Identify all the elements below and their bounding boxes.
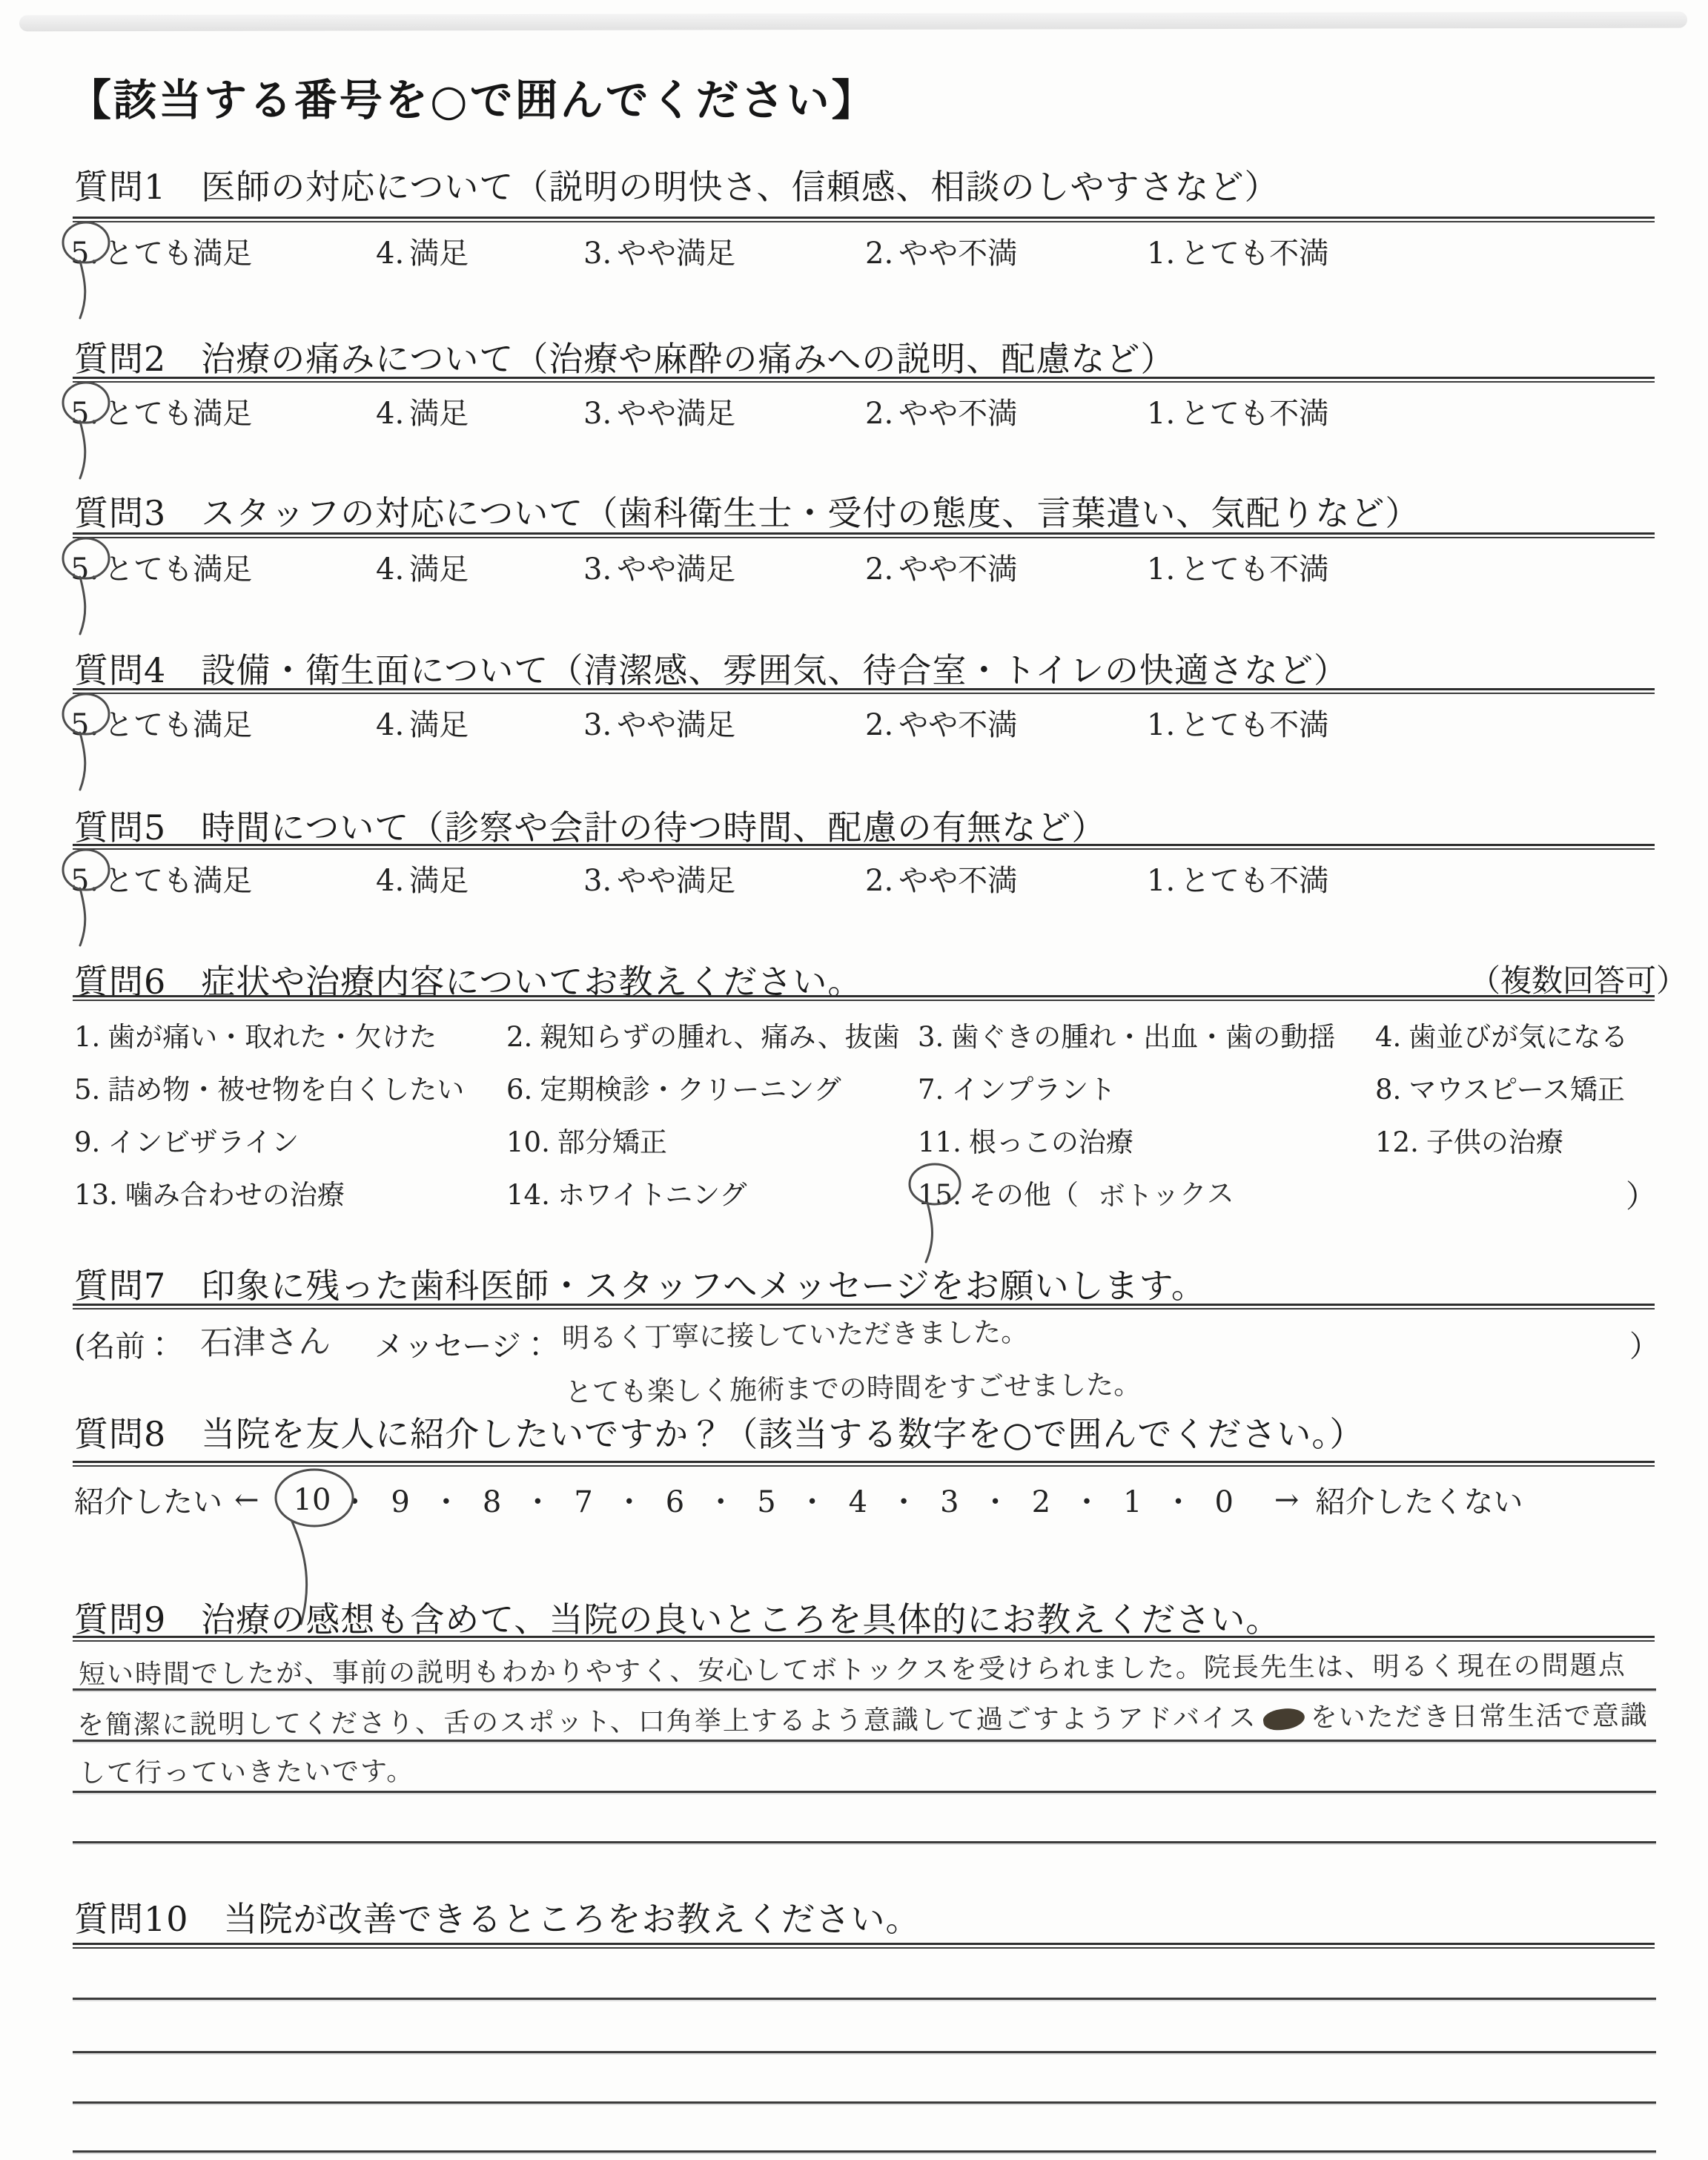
left-arrow-icon: ← [234, 1483, 259, 1517]
q6-item: 11.根っこの治療 [918, 1120, 1375, 1172]
scale-number-10-text: 10 [294, 1483, 331, 1517]
option-label: とても満足 [104, 708, 252, 742]
handwritten-q9-line2-text: を簡潔に説明してくださり、舌のスポット、口角挙上するよう意識して過ごすようアドバ… [77, 1703, 1257, 1741]
satisfaction-option: 3.やや満足 [583, 390, 735, 432]
q2-title: 質問2 治療の痛みについて（治療や麻酔の痛みへの説明、配慮など） [74, 332, 1175, 381]
q6-item-number: 3. [918, 1021, 944, 1053]
q6-item-label: 子供の治療 [1426, 1126, 1563, 1158]
q3-underline [73, 532, 1655, 538]
q6-item-number: 6. [506, 1074, 532, 1106]
satisfaction-option: 3.やや満足 [583, 857, 735, 899]
q6-item: 10.部分矯正 [506, 1120, 918, 1172]
option-label: とても不満 [1180, 397, 1328, 431]
option-label: やや不満 [898, 397, 1017, 431]
q6-item-label: ホワイトニング [557, 1179, 747, 1211]
q6-item-label: その他（ [969, 1179, 1079, 1211]
option-label: とても満足 [104, 237, 252, 271]
satisfaction-option: 4.満足 [376, 390, 469, 432]
handwritten-message-line1: 明るく丁寧に接していただきました。 [562, 1309, 1029, 1356]
option-label: やや満足 [617, 864, 735, 898]
scale-numbers: ・9・8・7・6・5・4・3・2・1・0 [340, 1479, 1255, 1521]
satisfaction-option: 2.やや不満 [865, 857, 1017, 899]
satisfaction-option: 1.とても不満 [1147, 546, 1328, 588]
scanned-survey-page: 【該当する番号を○で囲んでください】 質問1 医師の対応について（説明の明快さ、… [0, 0, 1708, 2160]
satisfaction-option: 1.とても不満 [1147, 390, 1328, 432]
option-number: 5. [70, 708, 99, 742]
q6-item-number: 9. [74, 1126, 100, 1158]
q6-item: 3.歯ぐきの腫れ・出血・歯の動揺 [918, 1014, 1375, 1067]
satisfaction-option: 5.とても満足 [70, 390, 252, 432]
handwritten-name: 石津さん [200, 1315, 331, 1364]
q6-item-number: 5. [74, 1074, 100, 1106]
q6-item-label: 部分矯正 [557, 1126, 667, 1158]
q6-item-number: 12. [1375, 1126, 1419, 1158]
q6-item: 4.歯並びが気になる [1375, 1014, 1657, 1067]
option-label: とても不満 [1180, 708, 1328, 742]
option-number: 3. [583, 708, 612, 742]
q6-item: 6.定期検診・クリーニング [506, 1067, 918, 1120]
q8-recommend-scale: 紹介したい ← 10 ・9・8・7・6・5・4・3・2・1・0 → 紹介したくな… [74, 1479, 1661, 1521]
redaction-scribble [1262, 1706, 1305, 1733]
option-label: やや満足 [617, 708, 735, 742]
q6-item-label: 歯ぐきの腫れ・出血・歯の動揺 [951, 1021, 1335, 1053]
q6-item: 15.その他（ボトックス [918, 1172, 1375, 1225]
option-label: やや不満 [898, 708, 1017, 742]
option-label: 満足 [409, 864, 469, 898]
q6-item: 8.マウスピース矯正 [1375, 1067, 1657, 1120]
handwritten-q9-line3: して行っていきたいです。 [79, 1751, 414, 1791]
option-number: 3. [583, 864, 612, 898]
option-number: 1. [1147, 397, 1175, 431]
satisfaction-option: 3.やや満足 [583, 230, 735, 272]
satisfaction-option: 2.やや不満 [865, 701, 1017, 744]
q1-options-row: 5.とても満足 4.満足 3.やや満足 2.やや不満 1.とても不満 [0, 230, 1708, 283]
q6-item-number: 13. [74, 1179, 118, 1211]
option-number: 5. [70, 397, 99, 431]
q6-item: 1.歯が痛い・取れた・欠けた [74, 1014, 506, 1067]
satisfaction-option: 2.やや不満 [865, 546, 1017, 588]
q10-ruled-line-3 [73, 2101, 1656, 2104]
scale-right-label: 紹介したくない [1315, 1479, 1523, 1521]
q6-items-grid: 1.歯が痛い・取れた・欠けた 2.親知らずの腫れ、痛み、抜歯 3.歯ぐきの腫れ・… [74, 1014, 1656, 1225]
q9-underline [73, 1636, 1655, 1642]
q6-item-label: 歯が痛い・取れた・欠けた [107, 1021, 437, 1053]
option-number: 4. [376, 864, 404, 898]
q9-ruled-line-2 [73, 1740, 1656, 1742]
option-number: 4. [376, 708, 404, 742]
q10-title: 質問10 当院が改善できるところをお教えください。 [74, 1892, 921, 1941]
q4-title: 質問4 設備・衛生面について（清潔感、雰囲気、待合室・トイレの快適さなど） [74, 644, 1348, 693]
q7-title: 質問7 印象に残った歯科医師・スタッフへメッセージをお願いします。 [74, 1259, 1206, 1308]
q6-item: 12.子供の治療 [1375, 1120, 1657, 1172]
q1-title: 質問1 医師の対応について（説明の明快さ、信頼感、相談のしやすさなど） [74, 160, 1280, 209]
option-number: 1. [1147, 708, 1175, 742]
handwritten-message-line2: とても楽しく施術までの時間をすごせました。 [565, 1362, 1142, 1410]
q2-underline [73, 377, 1655, 383]
option-number: 4. [376, 237, 404, 271]
option-label: 満足 [409, 552, 469, 587]
q6-underline [73, 995, 1655, 1001]
q7-message-label: メッセージ： [374, 1323, 551, 1365]
q6-item-label: 親知らずの腫れ、痛み、抜歯 [540, 1021, 899, 1053]
option-label: とても満足 [104, 397, 252, 431]
option-label: とても不満 [1180, 237, 1328, 271]
q6-item-label: 詰め物・被せ物を白くしたい [107, 1074, 464, 1106]
q6-item-label: 根っこの治療 [969, 1126, 1133, 1158]
q6-item-number: 8. [1375, 1074, 1401, 1106]
q6-item: 7.インプラント [918, 1067, 1375, 1120]
option-number: 2. [865, 708, 893, 742]
satisfaction-option: 2.やや不満 [865, 230, 1017, 272]
q6-item-label: インビザライン [107, 1126, 299, 1158]
scale-left-label: 紹介したい [74, 1479, 222, 1521]
q7-closing-paren: ） [1629, 1323, 1659, 1365]
option-label: 満足 [409, 237, 469, 271]
handwritten-q9-line2-text-after: をいただき日常生活で意識 [1311, 1701, 1649, 1734]
option-label: 満足 [409, 708, 469, 742]
q10-underline [73, 1943, 1655, 1949]
satisfaction-option: 3.やや満足 [583, 701, 735, 744]
option-number: 2. [865, 237, 893, 271]
satisfaction-option: 1.とても不満 [1147, 701, 1328, 744]
option-number: 4. [376, 397, 404, 431]
q6-item: 14.ホワイトニング [506, 1172, 918, 1225]
q5-options-row: 5.とても満足 4.満足 3.やや満足 2.やや不満 1.とても不満 [0, 857, 1708, 911]
q6-item-label: 噛み合わせの治療 [125, 1179, 345, 1211]
q8-underline [73, 1461, 1655, 1467]
satisfaction-option: 4.満足 [376, 230, 469, 272]
q6-item-label: インプラント [951, 1074, 1116, 1106]
option-label: とても不満 [1180, 552, 1328, 587]
satisfaction-option: 5.とても満足 [70, 546, 252, 588]
option-number: 3. [583, 552, 612, 587]
q6-item-number: 2. [506, 1021, 532, 1053]
option-number: 5. [70, 864, 99, 898]
satisfaction-option: 5.とても満足 [70, 701, 252, 744]
satisfaction-option: 4.満足 [376, 857, 469, 899]
handwritten-other-answer: ボトックス [1097, 1171, 1234, 1215]
q6-item: 13.噛み合わせの治療 [74, 1172, 506, 1225]
q3-options-row: 5.とても満足 4.満足 3.やや満足 2.やや不満 1.とても不満 [0, 546, 1708, 599]
satisfaction-option: 5.とても満足 [70, 230, 252, 272]
option-label: やや満足 [617, 552, 735, 587]
q10-ruled-line-1 [73, 1998, 1656, 2000]
q6-item-label: 歯並びが気になる [1409, 1021, 1628, 1053]
q6-item: 9.インビザライン [74, 1120, 506, 1172]
q5-title: 質問5 時間について（診察や会計の待つ時間、配慮の有無など） [74, 801, 1106, 850]
satisfaction-option: 4.満足 [376, 546, 469, 588]
option-label: やや不満 [898, 552, 1017, 587]
option-number: 2. [865, 864, 893, 898]
q6-item: 5.詰め物・被せ物を白くしたい [74, 1067, 506, 1120]
q10-ruled-line-4 [73, 2150, 1656, 2153]
option-number: 2. [865, 397, 893, 431]
q9-ruled-line-4 [73, 1841, 1656, 1843]
satisfaction-option: 4.満足 [376, 701, 469, 744]
q4-underline [73, 688, 1655, 694]
option-label: やや不満 [898, 864, 1017, 898]
option-label: やや満足 [617, 397, 735, 431]
option-number: 1. [1147, 237, 1175, 271]
satisfaction-option: 5.とても満足 [70, 857, 252, 899]
form-instruction-header: 【該当する番号を○で囲んでください】 [68, 65, 877, 128]
option-label: とても不満 [1180, 864, 1328, 898]
q8-title: 質問8 当院を友人に紹介したいですか？（該当する数字を○で囲んでください。） [74, 1407, 1364, 1456]
q6-multi-answer-note: （複数回答可） [1469, 957, 1687, 1001]
q6-item-label: 定期検診・クリーニング [540, 1074, 841, 1106]
option-number: 5. [70, 552, 99, 587]
q1-underline [73, 217, 1655, 222]
q9-ruled-line-1 [73, 1688, 1656, 1691]
q3-title: 質問3 スタッフの対応について（歯科衛生士・受付の態度、言葉遣い、気配りなど） [74, 486, 1420, 535]
q6-item-label: マウスピース矯正 [1409, 1074, 1625, 1106]
q6-item-number: 11. [918, 1126, 961, 1158]
option-number: 2. [865, 552, 893, 587]
q9-ruled-line-3 [73, 1791, 1656, 1793]
q6-item-number: 4. [1375, 1021, 1401, 1053]
option-number: 1. [1147, 864, 1175, 898]
q6-item-number: 1. [74, 1021, 100, 1053]
q7-name-label: (名前： [74, 1323, 175, 1365]
q5-underline [73, 844, 1655, 850]
scan-artifact-band [19, 12, 1687, 32]
q6-item-number: 7. [918, 1074, 944, 1106]
q10-ruled-line-2 [73, 2051, 1656, 2053]
option-label: やや不満 [898, 237, 1017, 271]
handwritten-q9-line1: 短い時間でしたが、事前の説明もわかりやすく、安心してボトックスを受けられました。… [79, 1645, 1626, 1692]
scale-number-10: 10 [294, 1483, 331, 1517]
satisfaction-option: 1.とても不満 [1147, 230, 1328, 272]
option-label: とても満足 [104, 864, 252, 898]
satisfaction-option: 1.とても不満 [1147, 857, 1328, 899]
q2-options-row: 5.とても満足 4.満足 3.やや満足 2.やや不満 1.とても不満 [0, 390, 1708, 443]
option-label: とても満足 [104, 552, 252, 587]
q6-item-number: 15. [918, 1179, 961, 1211]
option-label: 満足 [409, 397, 469, 431]
q7-underline [73, 1304, 1655, 1309]
option-label: やや満足 [617, 237, 735, 271]
handwritten-q9-line2: を簡潔に説明してくださり、舌のスポット、口角挙上するよう意識して過ごすようアドバ… [77, 1695, 1649, 1743]
option-number: 1. [1147, 552, 1175, 587]
satisfaction-option: 3.やや満足 [583, 546, 735, 588]
option-number: 4. [376, 552, 404, 587]
q4-options-row: 5.とても満足 4.満足 3.やや満足 2.やや不満 1.とても不満 [0, 701, 1708, 755]
q6-item-number: 10. [506, 1126, 550, 1158]
q9-title: 質問9 治療の感想も含めて、当院の良いところを具体的にお教えください。 [74, 1593, 1280, 1642]
option-number: 3. [583, 237, 612, 271]
right-arrow-icon: → [1274, 1483, 1300, 1517]
satisfaction-option: 2.やや不満 [865, 390, 1017, 432]
option-number: 5. [70, 237, 99, 271]
q6-item-number: 14. [506, 1179, 550, 1211]
q6-other-closing-paren: ） [1375, 1172, 1657, 1225]
q6-item: 2.親知らずの腫れ、痛み、抜歯 [506, 1014, 918, 1067]
option-number: 3. [583, 397, 612, 431]
